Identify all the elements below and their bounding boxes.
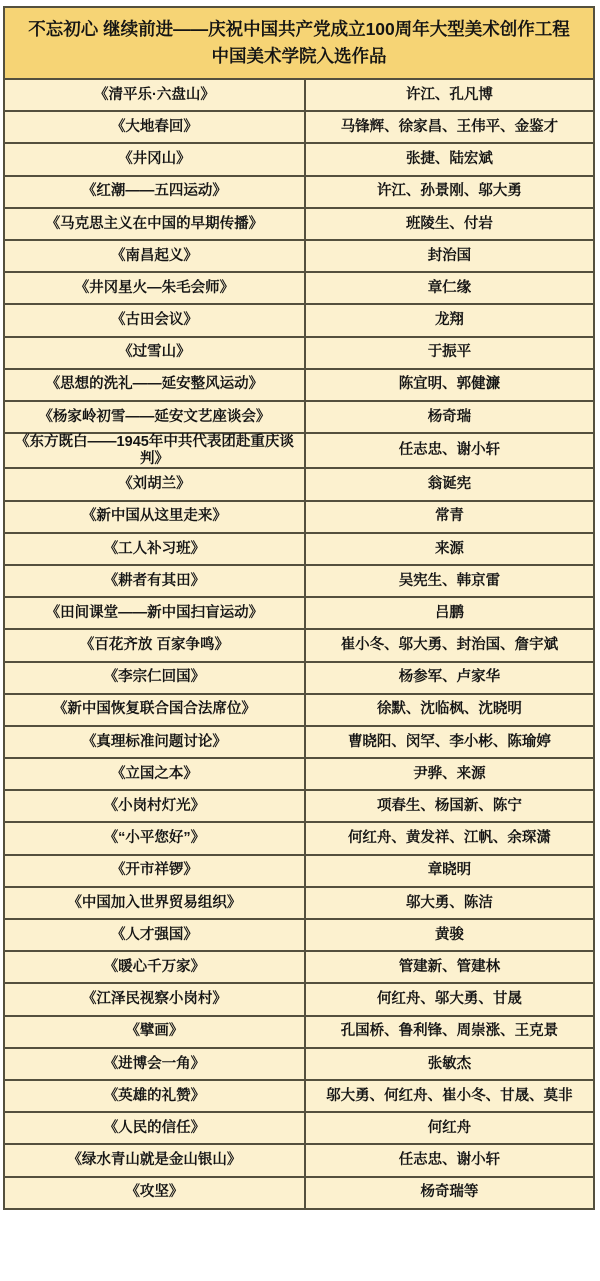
- artwork-title-cell: 《南昌起义》: [4, 240, 305, 272]
- table-row: 《南昌起义》封治国: [4, 240, 594, 272]
- artists-cell: 曹晓阳、闵罕、李小彬、陈瑜婷: [305, 726, 594, 758]
- table-row: 《小岗村灯光》项春生、杨国新、陈宁: [4, 790, 594, 822]
- artists-cell: 于振平: [305, 337, 594, 369]
- artists-cell: 杨奇瑞: [305, 401, 594, 433]
- artwork-title-cell: 《东方既白——1945年中共代表团赴重庆谈判》: [4, 433, 305, 468]
- artwork-title-cell: 《杨家岭初雪——延安文艺座谈会》: [4, 401, 305, 433]
- artwork-selection-table: 不忘初心 继续前进——庆祝中国共产党成立100周年大型美术创作工程 中国美术学院…: [3, 6, 595, 1210]
- table-row: 《擘画》孔国桥、鲁利锋、周崇涨、王克景: [4, 1016, 594, 1048]
- artwork-title-cell: 《思想的洗礼——延安整风运动》: [4, 369, 305, 401]
- artists-cell: 项春生、杨国新、陈宁: [305, 790, 594, 822]
- table-row: 《进博会一角》张敏杰: [4, 1048, 594, 1080]
- table-title: 不忘初心 继续前进——庆祝中国共产党成立100周年大型美术创作工程 中国美术学院…: [4, 7, 594, 79]
- table-row: 《李宗仁回国》杨参军、卢家华: [4, 662, 594, 694]
- table-row: 《井冈山》张捷、陆宏斌: [4, 143, 594, 175]
- artwork-title-cell: 《田间课堂——新中国扫盲运动》: [4, 597, 305, 629]
- table-row: 《田间课堂——新中国扫盲运动》吕鹏: [4, 597, 594, 629]
- artists-cell: 翁诞宪: [305, 468, 594, 500]
- table-row: 《立国之本》尹骅、来源: [4, 758, 594, 790]
- artwork-title-cell: 《攻坚》: [4, 1177, 305, 1209]
- artists-cell: 黄骏: [305, 919, 594, 951]
- table-title-line1: 不忘初心 继续前进——庆祝中国共产党成立100周年大型美术创作工程: [9, 16, 589, 43]
- table-row: 《东方既白——1945年中共代表团赴重庆谈判》任志忠、谢小轩: [4, 433, 594, 468]
- artwork-title-cell: 《新中国恢复联合国合法席位》: [4, 694, 305, 726]
- table-row: 《绿水青山就是金山银山》任志忠、谢小轩: [4, 1144, 594, 1176]
- artwork-title-cell: 《过雪山》: [4, 337, 305, 369]
- artwork-title-cell: 《百花齐放 百家争鸣》: [4, 629, 305, 661]
- artwork-title-cell: 《古田会议》: [4, 304, 305, 336]
- artists-cell: 班陵生、付岩: [305, 208, 594, 240]
- artwork-title-cell: 《立国之本》: [4, 758, 305, 790]
- artwork-title-cell: 《大地春回》: [4, 111, 305, 143]
- table-row: 《攻坚》杨奇瑞等: [4, 1177, 594, 1209]
- artists-cell: 封治国: [305, 240, 594, 272]
- table-row: 《工人补习班》来源: [4, 533, 594, 565]
- artwork-title-cell: 《进博会一角》: [4, 1048, 305, 1080]
- artists-cell: 何红舟、黄发祥、江帆、余琛潇: [305, 822, 594, 854]
- table-row: 《杨家岭初雪——延安文艺座谈会》杨奇瑞: [4, 401, 594, 433]
- document-page: 不忘初心 继续前进——庆祝中国共产党成立100周年大型美术创作工程 中国美术学院…: [0, 0, 600, 1281]
- artwork-title-cell: 《人民的信任》: [4, 1112, 305, 1144]
- artwork-title-cell: 《“小平您好”》: [4, 822, 305, 854]
- artwork-title-cell: 《工人补习班》: [4, 533, 305, 565]
- artwork-title-cell: 《新中国从这里走来》: [4, 501, 305, 533]
- artwork-title-cell: 《真理标准问题讨论》: [4, 726, 305, 758]
- artists-cell: 来源: [305, 533, 594, 565]
- artwork-title-cell: 《小岗村灯光》: [4, 790, 305, 822]
- table-row: 《暖心千万家》管建新、管建林: [4, 951, 594, 983]
- artwork-title-cell: 《江泽民视察小岗村》: [4, 983, 305, 1015]
- artwork-title-cell: 《中国加入世界贸易组织》: [4, 887, 305, 919]
- table-row: 《中国加入世界贸易组织》邬大勇、陈洁: [4, 887, 594, 919]
- artists-cell: 何红舟: [305, 1112, 594, 1144]
- table-row: 《人才强国》黄骏: [4, 919, 594, 951]
- artwork-title-cell: 《井冈山》: [4, 143, 305, 175]
- artwork-title-cell: 《刘胡兰》: [4, 468, 305, 500]
- table-row: 《“小平您好”》何红舟、黄发祥、江帆、余琛潇: [4, 822, 594, 854]
- table-row: 《新中国恢复联合国合法席位》徐默、沈临枫、沈晓明: [4, 694, 594, 726]
- table-row: 《刘胡兰》翁诞宪: [4, 468, 594, 500]
- artists-cell: 张敏杰: [305, 1048, 594, 1080]
- artwork-title-cell: 《擘画》: [4, 1016, 305, 1048]
- table-row: 《耕者有其田》吴宪生、韩京雷: [4, 565, 594, 597]
- artists-cell: 杨参军、卢家华: [305, 662, 594, 694]
- table-row: 《大地春回》马锋辉、徐家昌、王伟平、金鉴才: [4, 111, 594, 143]
- artists-cell: 陈宜明、郭健濂: [305, 369, 594, 401]
- table-row: 《红潮——五四运动》许江、孙景刚、邬大勇: [4, 176, 594, 208]
- artwork-title-cell: 《暖心千万家》: [4, 951, 305, 983]
- artists-cell: 章仁缘: [305, 272, 594, 304]
- table-row: 《井冈星火—朱毛会师》章仁缘: [4, 272, 594, 304]
- artists-cell: 邬大勇、陈洁: [305, 887, 594, 919]
- artists-cell: 尹骅、来源: [305, 758, 594, 790]
- artwork-title-cell: 《红潮——五四运动》: [4, 176, 305, 208]
- artists-cell: 常青: [305, 501, 594, 533]
- artists-cell: 徐默、沈临枫、沈晓明: [305, 694, 594, 726]
- table-row: 《清平乐·六盘山》许江、孔凡博: [4, 79, 594, 111]
- table-row: 《英雄的礼赞》邬大勇、何红舟、崔小冬、甘晟、莫非: [4, 1080, 594, 1112]
- table-row: 《江泽民视察小岗村》何红舟、邬大勇、甘晟: [4, 983, 594, 1015]
- artists-cell: 管建新、管建林: [305, 951, 594, 983]
- table-title-line2: 中国美术学院入选作品: [9, 43, 589, 70]
- artists-cell: 邬大勇、何红舟、崔小冬、甘晟、莫非: [305, 1080, 594, 1112]
- artwork-title-cell: 《绿水青山就是金山银山》: [4, 1144, 305, 1176]
- artists-cell: 何红舟、邬大勇、甘晟: [305, 983, 594, 1015]
- artwork-title-cell: 《井冈星火—朱毛会师》: [4, 272, 305, 304]
- artwork-title-cell: 《耕者有其田》: [4, 565, 305, 597]
- table-row: 《思想的洗礼——延安整风运动》陈宜明、郭健濂: [4, 369, 594, 401]
- artists-cell: 任志忠、谢小轩: [305, 1144, 594, 1176]
- table-row: 《新中国从这里走来》常青: [4, 501, 594, 533]
- artists-cell: 许江、孔凡博: [305, 79, 594, 111]
- artists-cell: 龙翔: [305, 304, 594, 336]
- artists-cell: 许江、孙景刚、邬大勇: [305, 176, 594, 208]
- artwork-title-cell: 《英雄的礼赞》: [4, 1080, 305, 1112]
- table-row: 《开市祥锣》章晓明: [4, 855, 594, 887]
- artists-cell: 任志忠、谢小轩: [305, 433, 594, 468]
- table-header-row: 不忘初心 继续前进——庆祝中国共产党成立100周年大型美术创作工程 中国美术学院…: [4, 7, 594, 79]
- artists-cell: 马锋辉、徐家昌、王伟平、金鉴才: [305, 111, 594, 143]
- artists-cell: 孔国桥、鲁利锋、周崇涨、王克景: [305, 1016, 594, 1048]
- table-row: 《过雪山》于振平: [4, 337, 594, 369]
- artists-cell: 吴宪生、韩京雷: [305, 565, 594, 597]
- artwork-title-cell: 《开市祥锣》: [4, 855, 305, 887]
- table-row: 《古田会议》龙翔: [4, 304, 594, 336]
- artists-cell: 崔小冬、邬大勇、封治国、詹宇斌: [305, 629, 594, 661]
- table-row: 《百花齐放 百家争鸣》崔小冬、邬大勇、封治国、詹宇斌: [4, 629, 594, 661]
- table-row: 《马克思主义在中国的早期传播》班陵生、付岩: [4, 208, 594, 240]
- artists-cell: 章晓明: [305, 855, 594, 887]
- artwork-title-cell: 《李宗仁回国》: [4, 662, 305, 694]
- artists-cell: 杨奇瑞等: [305, 1177, 594, 1209]
- table-row: 《人民的信任》何红舟: [4, 1112, 594, 1144]
- table-body: 《清平乐·六盘山》许江、孔凡博《大地春回》马锋辉、徐家昌、王伟平、金鉴才《井冈山…: [4, 79, 594, 1209]
- artists-cell: 吕鹏: [305, 597, 594, 629]
- artwork-title-cell: 《清平乐·六盘山》: [4, 79, 305, 111]
- table-row: 《真理标准问题讨论》曹晓阳、闵罕、李小彬、陈瑜婷: [4, 726, 594, 758]
- artists-cell: 张捷、陆宏斌: [305, 143, 594, 175]
- artwork-title-cell: 《人才强国》: [4, 919, 305, 951]
- artwork-title-cell: 《马克思主义在中国的早期传播》: [4, 208, 305, 240]
